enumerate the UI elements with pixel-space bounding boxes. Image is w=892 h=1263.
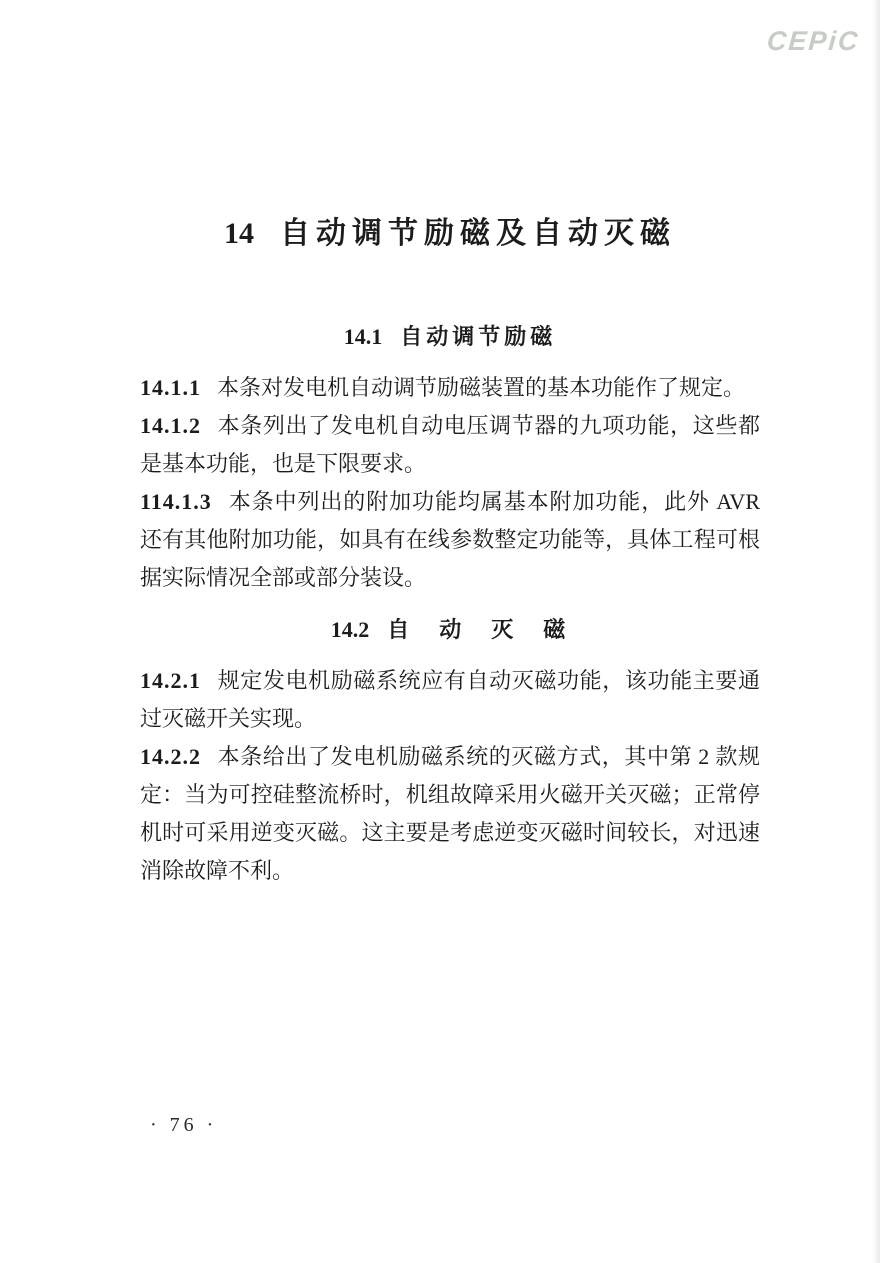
paragraph-text: 规定发电机励磁系统应有自动灭磁功能，该功能主要通过灭磁开关实现。 [140,668,760,731]
section-title-text: 自 动 灭 磁 [387,617,569,642]
paragraph-number: 14.1.2 [140,413,201,438]
section-number: 14.2 [331,617,370,642]
chapter-number: 14 [224,217,254,250]
chapter-title-text: 自动调节励磁及自动灭磁 [280,217,676,250]
section-title-text: 自动调节励磁 [400,324,556,349]
paragraph-14-1-2: 14.1.2本条列出了发电机自动电压调节器的九项功能，这些都是基本功能，也是下限… [140,407,760,483]
paragraph-number: 14.2.2 [140,744,201,769]
paragraph-text: 本条中列出的附加功能均属基本附加功能，此外 AVR 还有其他附加功能，如具有在线… [140,489,760,590]
paragraph-number: 114.1.3 [140,489,212,514]
paragraph-text: 本条列出了发电机自动电压调节器的九项功能，这些都是基本功能，也是下限要求。 [140,413,760,476]
paragraph-number: 14.1.1 [140,375,201,400]
scan-edge-shadow [872,0,880,1263]
paragraph-14-1-1: 14.1.1本条对发电机自动调节励磁装置的基本功能作了规定。 [140,369,760,407]
cepic-logo: CEPiC [766,26,861,57]
section-heading-14-2: 14.2自 动 灭 磁 [140,613,760,644]
paragraph-14-1-3: 114.1.3本条中列出的附加功能均属基本附加功能，此外 AVR 还有其他附加功… [140,483,760,597]
section-number: 14.1 [344,324,383,349]
paragraph-text: 本条给出了发电机励磁系统的灭磁方式，其中第 2 款规定：当为可控硅整流桥时，机组… [140,744,760,883]
paragraph-text: 本条对发电机自动调节励磁装置的基本功能作了规定。 [217,375,745,400]
section-heading-14-1: 14.1自动调节励磁 [140,320,760,351]
page-number: · 76 · [150,1114,217,1137]
paragraph-14-2-2: 14.2.2本条给出了发电机励磁系统的灭磁方式，其中第 2 款规定：当为可控硅整… [140,738,760,890]
scanned-document-page: CEPiC 14自动调节励磁及自动灭磁 14.1自动调节励磁 14.1.1本条对… [0,0,892,1263]
paragraph-number: 14.2.1 [140,668,201,693]
chapter-title: 14自动调节励磁及自动灭磁 [140,208,760,252]
paragraph-14-2-1: 14.2.1规定发电机励磁系统应有自动灭磁功能，该功能主要通过灭磁开关实现。 [140,662,760,738]
document-body: 14自动调节励磁及自动灭磁 14.1自动调节励磁 14.1.1本条对发电机自动调… [140,208,760,890]
